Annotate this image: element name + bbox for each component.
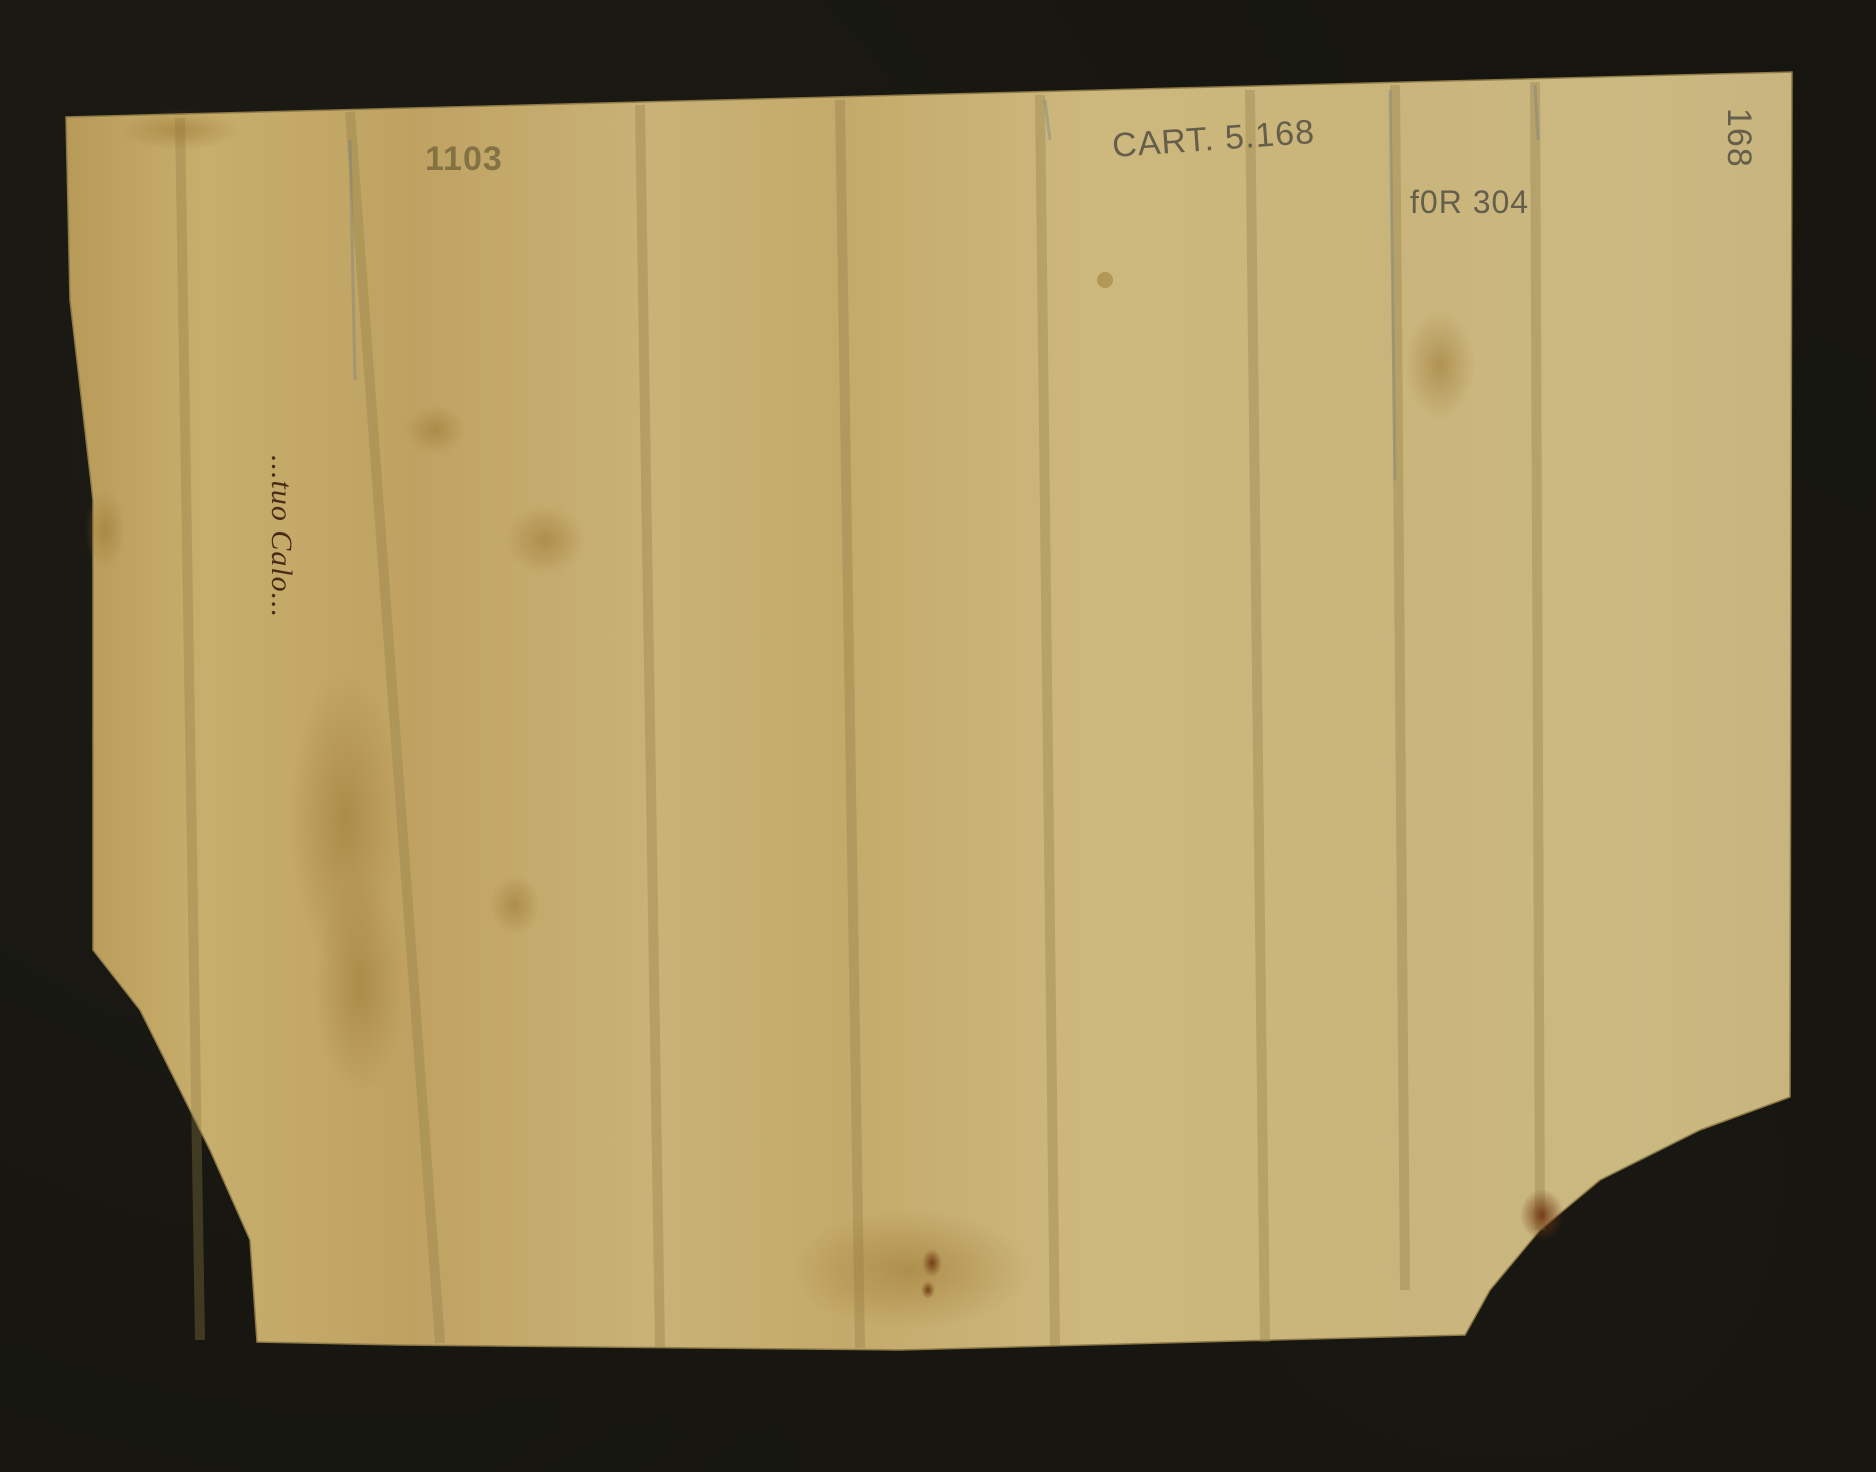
corner-number: 168 [1719,108,1758,168]
secondary-reference: f0R 304 [1410,184,1529,221]
catalog-number: 1103 [425,140,503,179]
medieval-endorsement: ...tuo Calo... [264,455,298,618]
parchment-sheet [0,0,1876,1472]
